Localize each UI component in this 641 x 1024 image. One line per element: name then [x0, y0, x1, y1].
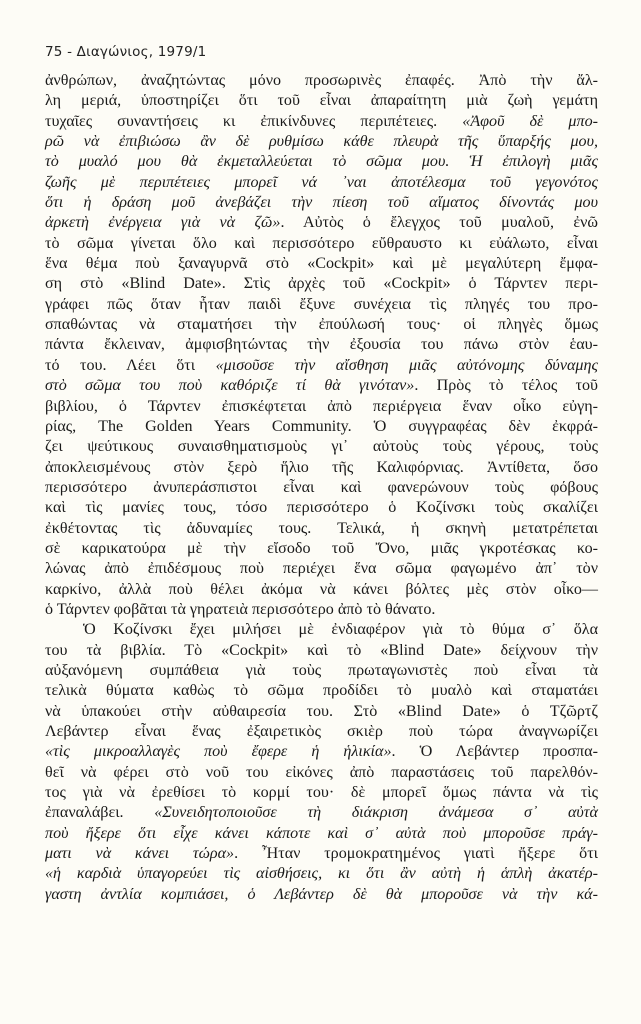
- text-run: λώνας ἀπὸ ἐπιδέσμους ποὺ περιέχει ἕνα σῶ…: [45, 560, 598, 577]
- text-line: Ὁ Κοζίνσκι ἔχει μιλήσει μὲ ἐνδιαφέρον γι…: [45, 620, 598, 640]
- italic-quote: «μισοῦσε τὴν αἴσθηση μιᾶς αὐτόνομης δύνα…: [216, 357, 598, 374]
- text-run: ἀνθρώπων, ἀναζητώντας μόνο προσωρινὲς ἐπ…: [45, 72, 598, 89]
- text-run: καὶ τὶς μανίες τους, τόσο περισσότερο ὁ …: [45, 499, 598, 516]
- text-line: καὶ τὶς μανίες τους, τόσο περισσότερο ὁ …: [45, 498, 598, 518]
- text-line: ἐπαναλάβει. «Συνειδητοποιοῦσε τὴ διάκρισ…: [45, 803, 598, 823]
- text-run: τό του. Λέει ὅτι: [45, 357, 216, 374]
- text-line: ἕνα θέμα ποὺ ξαναγυρνᾶ στὸ «Cockpit» καὶ…: [45, 254, 598, 274]
- text-line: βιβλίου, ὁ Τάρντεν ἐπισκέφτεται ἀπὸ περι…: [45, 397, 598, 417]
- text-line: ματι νὰ κάνει τώρα». Ἦταν τρομοκρατημένο…: [45, 844, 598, 864]
- text-run: ὁ Τάρντεν φοβᾶται τὰ γηρατειὰ περισσότερ…: [45, 601, 435, 618]
- italic-quote: ρῶ νὰ ἐπιβιώσω ἂν δὲ ρυθμίσω κάθε πλευρὰ…: [45, 133, 598, 150]
- text-run: . Πρὸς τὸ τέλος τοῦ: [414, 377, 598, 394]
- text-line: περισσότερο ἀνυπεράσπιστοι εἶναι καὶ φαν…: [45, 478, 598, 498]
- italic-quote: «Ἀφοῦ δὲ μπο-: [462, 113, 598, 130]
- paragraph: ἀνθρώπων, ἀναζητώντας μόνο προσωρινὲς ἐπ…: [45, 71, 598, 620]
- text-line: ἀνθρώπων, ἀναζητώντας μόνο προσωρινὲς ἐπ…: [45, 71, 598, 91]
- text-line: ὁ Τάρντεν φοβᾶται τὰ γηρατειὰ περισσότερ…: [45, 600, 598, 620]
- text-run: ση στὸ «Blind Date». Στὶς ἀρχὲς τοῦ «Coc…: [45, 275, 598, 292]
- italic-quote: τὸ μυαλό μου θὰ ἐκμεταλλεύεται τὸ σῶμα μ…: [45, 153, 598, 170]
- text-line: πάντα ἔκλειναν, ἀμφισβητώντας τὴν ἐξουσί…: [45, 335, 598, 355]
- text-line: λη μεριά, ὑποστηρίζει ὅτι τοῦ εἶναι ἀπαρ…: [45, 91, 598, 111]
- text-run: καρκίνο, ἀλλὰ ποὺ θέλει ἀκόμα νὰ κάνει β…: [45, 581, 598, 598]
- text-run: τος γιὰ νὰ ἐρεθίσει τὸ κορμί του· δὲ μπο…: [45, 784, 598, 801]
- text-line: του τὰ βιβλία. Τὸ «Cockpit» καὶ τὸ «Blin…: [45, 641, 598, 661]
- text-line: τος γιὰ νὰ ἐρεθίσει τὸ κορμί του· δὲ μπο…: [45, 783, 598, 803]
- text-line: ζει ψεύτικους συναισθηματισμοὺς γι᾽ αὐτο…: [45, 437, 598, 457]
- text-line: ποὺ ἤξερε ὅτι εἶχε κάνει κάποτε καὶ σ᾽ α…: [45, 824, 598, 844]
- text-run: τελικὰ θύματα καθὼς τὸ σῶμα προδίδει τὸ …: [45, 682, 598, 699]
- italic-quote: «τὶς μικροαλλαγὲς ποὺ ἔφερε ἡ ἡλικία»: [45, 743, 392, 760]
- text-line: ἐκθέτοντας τὶς ἀδυναμίες τους. Τελικά, ἡ…: [45, 519, 598, 539]
- text-run: βιβλίου, ὁ Τάρντεν ἐπισκέφτεται ἀπὸ περι…: [45, 398, 598, 415]
- text-run: ἐκθέτοντας τὶς ἀδυναμίες τους. Τελικά, ἡ…: [45, 520, 598, 537]
- text-run: ζει ψεύτικους συναισθηματισμοὺς γι᾽ αὐτο…: [45, 438, 598, 455]
- text-line: γράφει πῶς ὅταν ἦταν παιδὶ ἔξυνε συνέχει…: [45, 295, 598, 315]
- text-line: τὸ μυαλό μου θὰ ἐκμεταλλεύεται τὸ σῶμα μ…: [45, 152, 598, 172]
- text-line: σὲ καρικατούρα μὲ τὴν εἴσοδο τοῦ Ὄνο, μι…: [45, 539, 598, 559]
- text-run: σπαθώντας νὰ σταματήσει τὴν ἐπούλωσή του…: [45, 316, 598, 333]
- text-line: ἀρκετὴ ἐνέργεια γιὰ νὰ ζῶ». Αὐτὸς ὁ ἔλεγ…: [45, 213, 598, 233]
- text-run: ρίας, The Golden Years Community. Ὁ συγγ…: [45, 418, 598, 435]
- italic-quote: «Συνειδητοποιοῦσε τὴ διάκριση ἀνάμεσα σ᾽…: [154, 804, 598, 821]
- text-line: σπαθώντας νὰ σταματήσει τὴν ἐπούλωσή του…: [45, 315, 598, 335]
- text-line: ὅτι ἡ δράση μοῦ ἀνεβάζει τὴν πίεση τοῦ α…: [45, 193, 598, 213]
- text-line: ἀποκλεισμένους στὸν ξερὸ ἥλιο τῆς Καλιφό…: [45, 458, 598, 478]
- text-line: αὐξανόμενη συμπάθεια γιὰ τοὺς πρωταγωνισ…: [45, 661, 598, 681]
- text-run: . Αὐτὸς ὁ ἔλεγχος τοῦ μυαλοῦ, ἐνῶ: [280, 214, 598, 231]
- text-line: «ἡ καρδιὰ ὑπαγορεύει τὶς αἰσθήσεις, κι ὅ…: [45, 864, 598, 884]
- text-line: ρῶ νὰ ἐπιβιώσω ἂν δὲ ρυθμίσω κάθε πλευρὰ…: [45, 132, 598, 152]
- text-line: ρίας, The Golden Years Community. Ὁ συγγ…: [45, 417, 598, 437]
- text-run: λη μεριά, ὑποστηρίζει ὅτι τοῦ εἶναι ἀπαρ…: [45, 92, 598, 109]
- text-run: πάντα ἔκλειναν, ἀμφισβητώντας τὴν ἐξουσί…: [45, 336, 598, 353]
- text-line: ση στὸ «Blind Date». Στὶς ἀρχὲς τοῦ «Coc…: [45, 274, 598, 294]
- italic-quote: ποὺ ἤξερε ὅτι εἶχε κάνει κάποτε καὶ σ᾽ α…: [45, 825, 598, 842]
- text-line: ζωῆς μὲ περιπέτειες μπορεῖ νά ᾽ναι ἀποτέ…: [45, 173, 598, 193]
- text-run: νὰ ὑπακούει στὴν αὐθαιρεσία του. Στὸ «Bl…: [45, 703, 598, 720]
- italic-quote: ματι νὰ κάνει τώρα»: [45, 845, 234, 862]
- text-run: ἕνα θέμα ποὺ ξαναγυρνᾶ στὸ «Cockpit» καὶ…: [45, 255, 598, 272]
- text-run: του τὰ βιβλία. Τὸ «Cockpit» καὶ τὸ «Blin…: [45, 642, 598, 659]
- text-line: νὰ ὑπακούει στὴν αὐθαιρεσία του. Στὸ «Bl…: [45, 702, 598, 722]
- text-line: τυχαῖες συναντήσεις κι ἐπικίνδυνες περιπ…: [45, 112, 598, 132]
- text-line: τελικὰ θύματα καθὼς τὸ σῶμα προδίδει τὸ …: [45, 681, 598, 701]
- text-run: τυχαῖες συναντήσεις κι ἐπικίνδυνες περιπ…: [45, 113, 462, 130]
- text-run: Ὁ Κοζίνσκι ἔχει μιλήσει μὲ ἐνδιαφέρον γι…: [83, 621, 598, 638]
- text-line: θεῖ νὰ φέρει στὸ νοῦ του εἰκόνες ἀπὸ παρ…: [45, 763, 598, 783]
- text-run: . Ἦταν τρομοκρατημένος γιατὶ ἤξερε ὅτι: [234, 845, 598, 862]
- text-run: ἀποκλεισμένους στὸν ξερὸ ἥλιο τῆς Καλιφό…: [45, 459, 598, 476]
- italic-quote: στὸ σῶμα του ποὺ καθόριζε τί θὰ γινόταν»: [45, 377, 414, 394]
- text-run: Λεβάντερ εἶναι ἕνας ἐξαιρετικὸς σκιὲρ πο…: [45, 723, 598, 740]
- text-line: λώνας ἀπὸ ἐπιδέσμους ποὺ περιέχει ἕνα σῶ…: [45, 559, 598, 579]
- running-head: 75 - Διαγώνιος, 1979/1: [45, 44, 206, 60]
- text-run: γράφει πῶς ὅταν ἦταν παιδὶ ἔξυνε συνέχει…: [45, 296, 598, 313]
- text-run: σὲ καρικατούρα μὲ τὴν εἴσοδο τοῦ Ὄνο, μι…: [45, 540, 598, 557]
- text-line: τό του. Λέει ὅτι «μισοῦσε τὴν αἴσθηση μι…: [45, 356, 598, 376]
- italic-quote: γαστη ἀντλία κομπιάσει, ὁ Λεβάντερ δὲ θὰ…: [45, 886, 598, 903]
- text-run: αὐξανόμενη συμπάθεια γιὰ τοὺς πρωταγωνισ…: [45, 662, 598, 679]
- text-run: θεῖ νὰ φέρει στὸ νοῦ του εἰκόνες ἀπὸ παρ…: [45, 764, 598, 781]
- text-run: τὸ σῶμα γίνεται ὅλο καὶ περισσότερο εὔθρ…: [45, 235, 598, 252]
- text-line: Λεβάντερ εἶναι ἕνας ἐξαιρετικὸς σκιὲρ πο…: [45, 722, 598, 742]
- italic-quote: ὅτι ἡ δράση μοῦ ἀνεβάζει τὴν πίεση τοῦ α…: [45, 194, 598, 211]
- italic-quote: ζωῆς μὲ περιπέτειες μπορεῖ νά ᾽ναι ἀποτέ…: [45, 174, 598, 191]
- text-line: γαστη ἀντλία κομπιάσει, ὁ Λεβάντερ δὲ θὰ…: [45, 885, 598, 905]
- text-run: ἐπαναλάβει.: [45, 804, 154, 821]
- text-run: περισσότερο ἀνυπεράσπιστοι εἶναι καὶ φαν…: [45, 479, 598, 496]
- text-run: . Ὁ Λεβάντερ προσπα-: [392, 743, 598, 760]
- text-line: «τὶς μικροαλλαγὲς ποὺ ἔφερε ἡ ἡλικία». Ὁ…: [45, 742, 598, 762]
- text-line: τὸ σῶμα γίνεται ὅλο καὶ περισσότερο εὔθρ…: [45, 234, 598, 254]
- text-line: καρκίνο, ἀλλὰ ποὺ θέλει ἀκόμα νὰ κάνει β…: [45, 580, 598, 600]
- article-body: ἀνθρώπων, ἀναζητώντας μόνο προσωρινὲς ἐπ…: [45, 71, 598, 905]
- text-line: στὸ σῶμα του ποὺ καθόριζε τί θὰ γινόταν»…: [45, 376, 598, 396]
- italic-quote: «ἡ καρδιὰ ὑπαγορεύει τὶς αἰσθήσεις, κι ὅ…: [45, 865, 598, 882]
- italic-quote: ἀρκετὴ ἐνέργεια γιὰ νὰ ζῶ»: [45, 214, 280, 231]
- paragraph: Ὁ Κοζίνσκι ἔχει μιλήσει μὲ ἐνδιαφέρον γι…: [45, 620, 598, 905]
